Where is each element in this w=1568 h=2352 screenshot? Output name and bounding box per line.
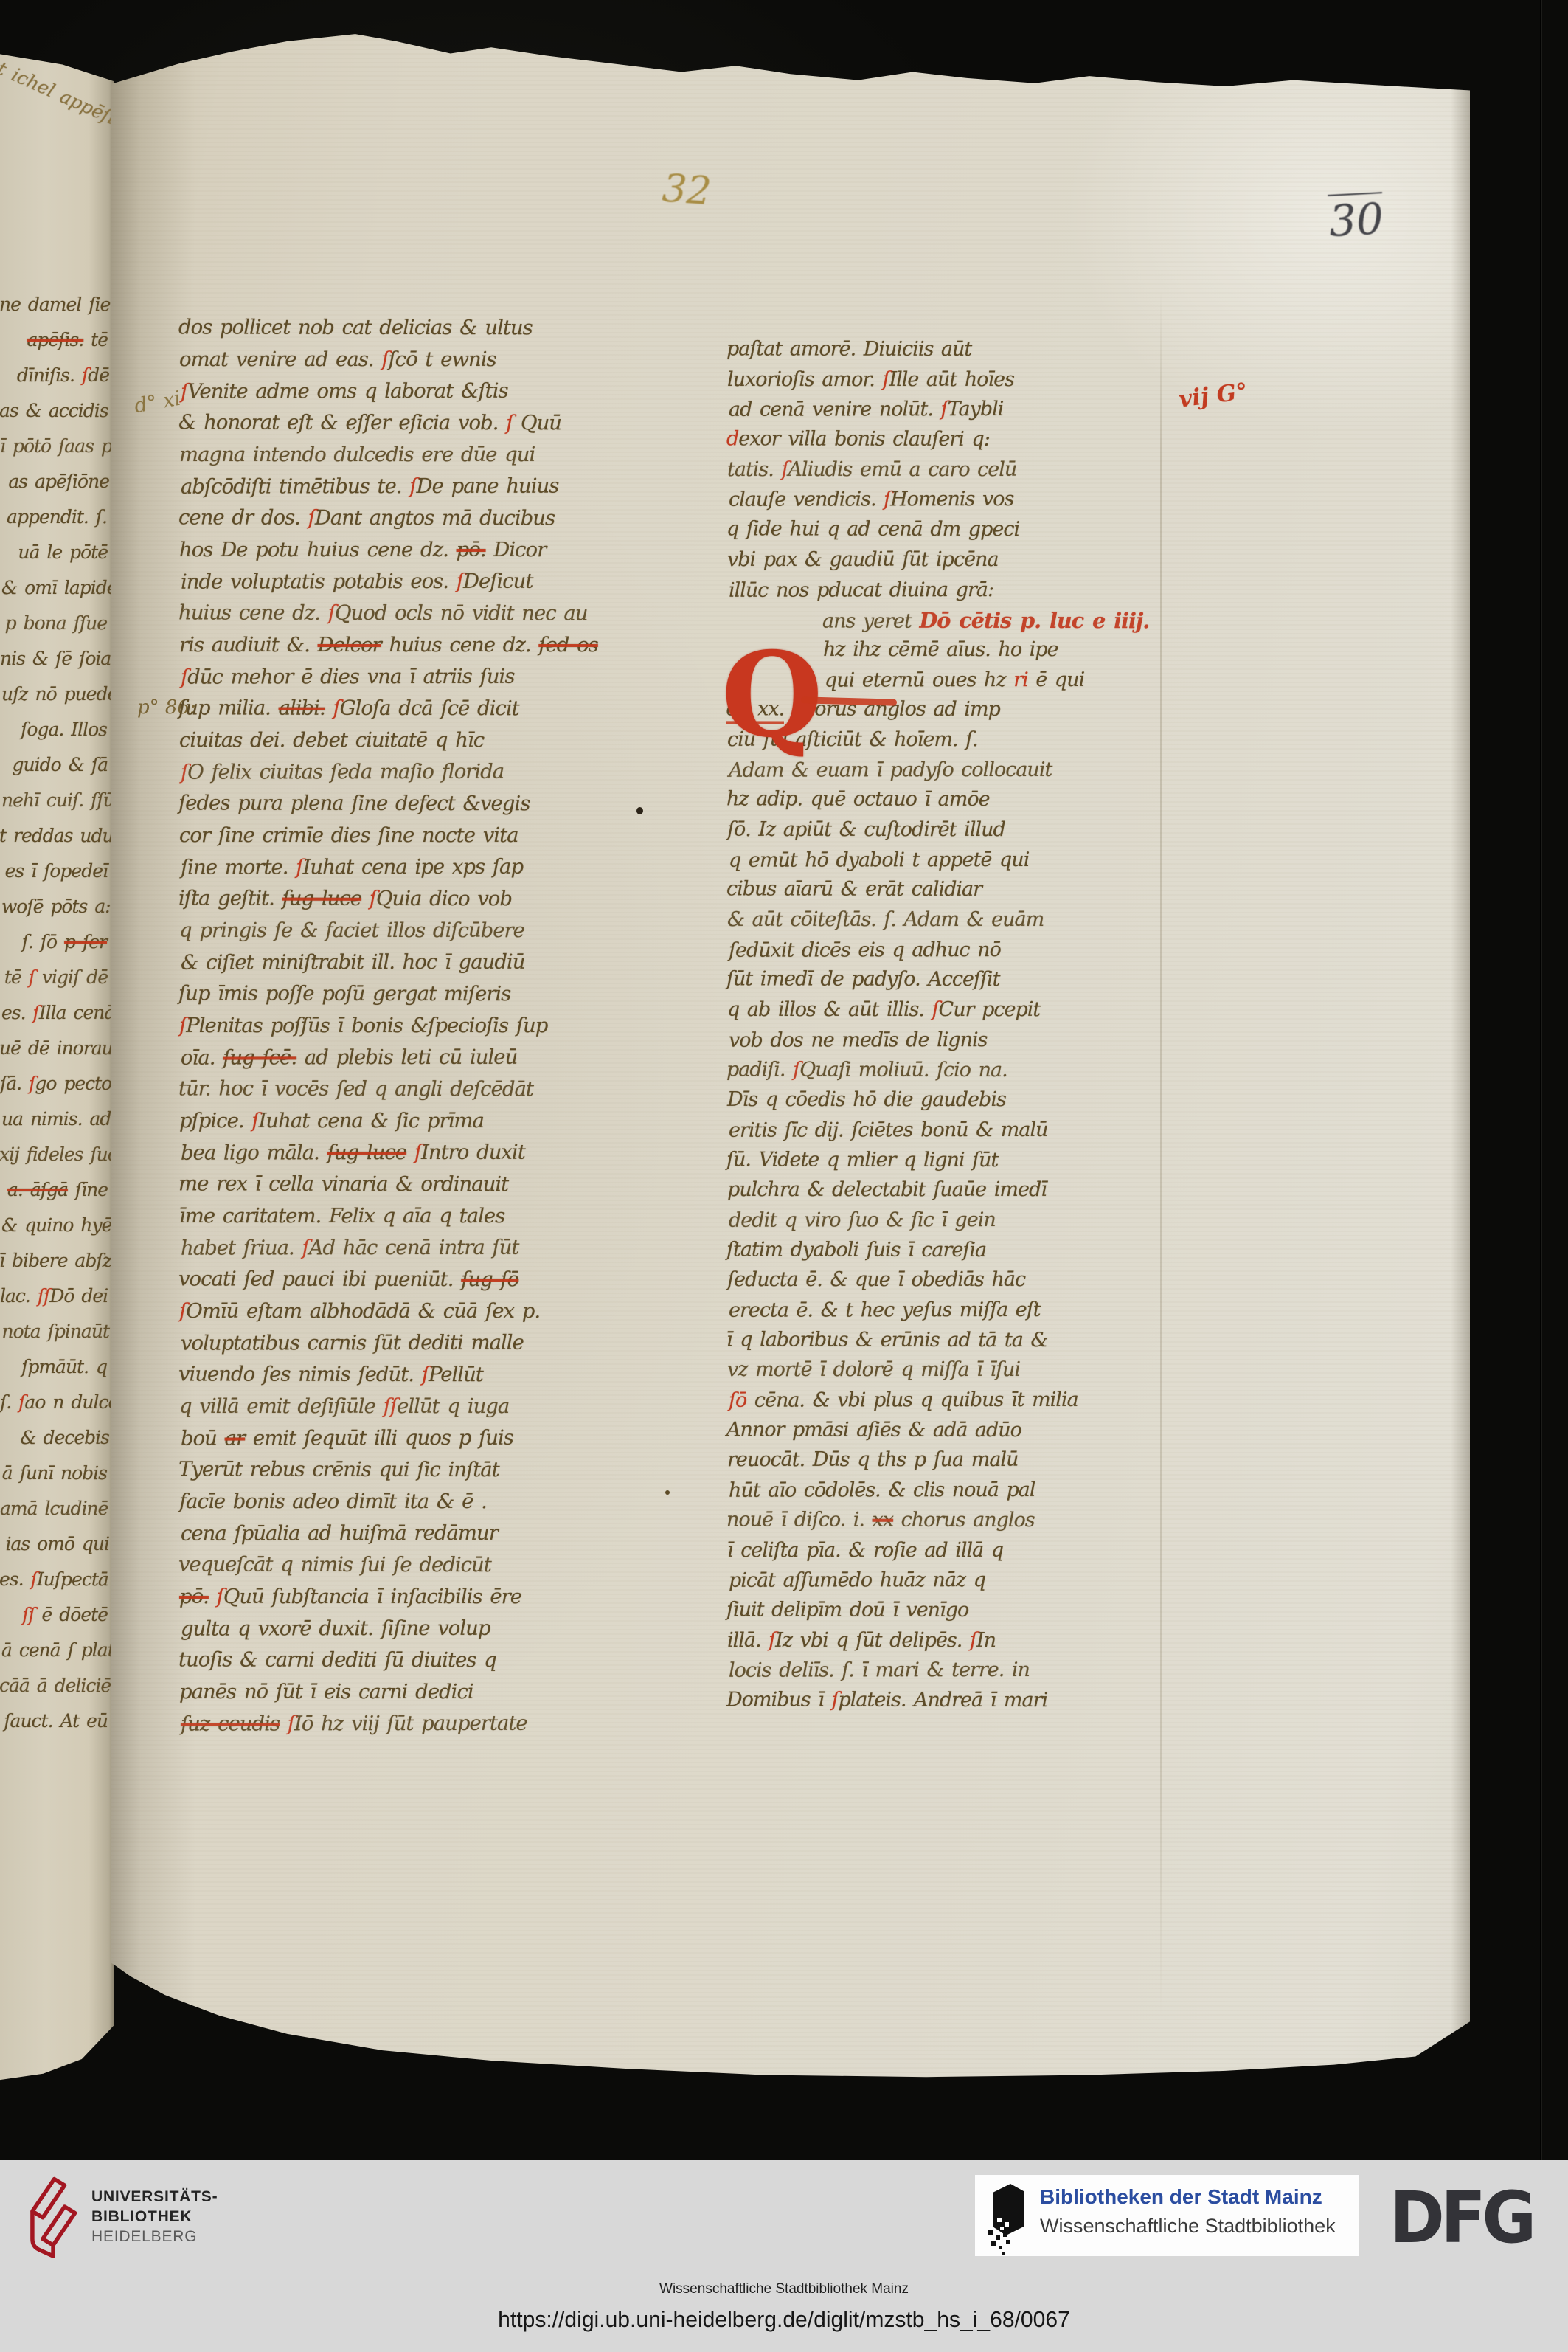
manuscript-line: ī q laboribus & erūnis ad tā ta &: [726, 1328, 1272, 1359]
manuscript-line: tatis. ſAliudis emū a caro celū: [727, 458, 1273, 488]
manuscript-line: clauſe vendicis. ſHomenis vos: [729, 488, 1274, 519]
manuscript-line: q villā emit deſiſiūle ſſellūt q iuga: [179, 1394, 666, 1426]
manuscript-line: reuocāt. Dūs q ths p ſua malū: [727, 1448, 1273, 1478]
manuscript-line: & aūt cōiteſtās. ſ. Adam & euām: [727, 908, 1273, 938]
manuscript-line: Dīs q cōedis hō die gaudebis: [727, 1088, 1273, 1118]
manuscript-line: ī bibere abſz: [0, 1250, 107, 1285]
manuscript-line: ſā. ſgo pector: [0, 1073, 108, 1108]
manuscript-line: vocati ſed pauci ibi pueniūt. ſug ſō: [178, 1267, 665, 1299]
manuscript-line: erecta ē. & t hec yeſus miſſa eſt: [729, 1298, 1274, 1329]
manuscript-line: a. āſgā ſīne: [0, 1179, 108, 1214]
manuscript-line: pō. ſQuū ſubſtancia ī inſacibilis ēre: [179, 1585, 666, 1616]
manuscript-line: vbi pax & gaudiū ſūt ipcēna: [727, 548, 1273, 578]
manuscript-line: q emūt hō dyaboli t appetē qui: [729, 848, 1274, 879]
manuscript-line: Domibus ī ſplateis. Andreā ī mari: [726, 1688, 1272, 1719]
manuscript-line: es. ſIuſpectā qō: [0, 1568, 107, 1604]
manuscript-line: cor ſine crimīe dies ſine nocte vita: [179, 823, 666, 855]
mainz-logo-line1: Bibliotheken der Stadt Mainz: [1040, 2185, 1322, 2209]
margin-note-ink: d° xi: [133, 387, 183, 418]
footer-bar: UNIVERSITÄTS- BIBLIOTHEK HEIDELBERG: [0, 2160, 1568, 2352]
manuscript-line: ſ. ſō p ſer: [0, 931, 107, 966]
mainz-library-logo: Bibliotheken der Stadt Mainz Wissenschaf…: [975, 2175, 1359, 2256]
manuscript-line: habet ſriua. ſAd hāc cenā intra ſūt: [181, 1235, 667, 1267]
manuscript-line: ſup milia. alibi. ſGloſa dcā ſcē dicit: [178, 696, 665, 728]
mainz-book-icon: [985, 2181, 1031, 2255]
manuscript-line: ſeducta ē. & que ī obediās hāc: [727, 1268, 1273, 1298]
manuscript-line: ad cenā venire nolūt. ſTaybli: [729, 398, 1274, 429]
manuscript-page: 32 30 d° xi p° 86: vij G° dos pollicet n…: [111, 31, 1470, 2079]
manuscript-line: illā. ſIz vbi q ſūt delipēs. ſIn: [727, 1629, 1273, 1659]
manuscript-line: ſedes pura plena ſine defect &vegis: [178, 791, 665, 823]
manuscript-line: tuoſis & carni dediti ſū diuites q: [178, 1647, 665, 1680]
manuscript-line: ſOmīū eſtam albhodādā & cūā ſex p.: [179, 1299, 666, 1331]
manuscript-line: vz mortē ī dolorē q miſſa ī īſui: [727, 1358, 1273, 1388]
manuscript-line: luxorioſis amor. ſIlle aūt hoīes: [727, 368, 1273, 398]
manuscript-line: nota ſpinaūt: [1, 1321, 109, 1356]
previous-leaf-edge: t ichel appēſis ne damel ſieapēſis. tēdī…: [0, 0, 114, 2082]
manuscript-line: voluptatibus carnis ſūt dediti malle: [181, 1330, 667, 1363]
manuscript-line: illūc nos pducat diuina grā:: [729, 578, 1274, 609]
manuscript-line: hz adip. quē octauo ī amōe: [726, 788, 1272, 819]
digitized-manuscript-viewer: t ichel appēſis ne damel ſieapēſis. tēdī…: [0, 0, 1568, 2352]
manuscript-line: huius cene dz. ſQuod ocls nō vidit nec a…: [178, 601, 665, 633]
manuscript-line: ua nimis. ad: [1, 1108, 109, 1144]
manuscript-line: dīniſis. ſdē: [1, 364, 109, 400]
folio-number-ink: 32: [661, 167, 712, 214]
manuscript-line: Tyerūt rebus crēnis qui ſic inſtāt: [178, 1457, 665, 1490]
manuscript-line: p bona ſſue: [0, 612, 107, 648]
manuscript-line: ias omō qui: [1, 1533, 109, 1568]
manuscript-line: pulchra & delectabit ſuaūe imedī: [727, 1178, 1273, 1208]
rubricated-initial-Q: Q: [721, 640, 823, 751]
footer-url: https://digi.ub.uni-heidelberg.de/diglit…: [24, 2306, 1544, 2333]
manuscript-line: ſO felix ciuitas ſeda maſio florida: [181, 759, 667, 792]
manuscript-line: qui eternū oues hz ri ē qui: [825, 668, 1274, 699]
manuscript-line: tē ſ vigiſ dē: [0, 966, 108, 1002]
manuscript-line: ſūt imedī de padyſo. Acceſſit: [726, 968, 1272, 999]
manuscript-line: panēs nō ſūt ī eis carni dedici: [179, 1680, 666, 1712]
manuscript-line: iſta geſtit. ſug luce ſQuia dico vob: [178, 886, 665, 919]
manuscript-line: cibus aīarū & erāt calidiar: [726, 878, 1272, 909]
manuscript-line: dedit q viro ſuo & ſic ī gein: [729, 1208, 1274, 1239]
manuscript-line: pſpice. ſIuhat cena & ſic prīma: [179, 1109, 666, 1141]
manuscript-line: & omī lapides: [1, 577, 109, 612]
manuscript-line: uē dē inorauīt: [0, 1037, 107, 1073]
manuscript-line: vequeſcāt q nimis ſui ſe dedicūt: [178, 1552, 665, 1585]
manuscript-line: ne damel ſie: [0, 294, 107, 329]
text-column-right: paſtat amorē. Diuiciis aūtluxorioſis amo…: [727, 338, 1273, 1719]
footer-caption: Wissenschaftliche Stadtbibliothek Mainz: [0, 2281, 1568, 2297]
manuscript-line: hūt aīo cōdolēs. & clis nouā pal: [729, 1478, 1274, 1509]
manuscript-line: lac. ſſDō dei: [0, 1285, 108, 1321]
manuscript-line: omat venire ad eas. ſſcō t ewnis: [179, 347, 666, 379]
backdrop-seam: [1540, 0, 1541, 2160]
manuscript-line: me rex ī cella vinaria & ordinauit: [178, 1172, 665, 1204]
manuscript-line: ciuitas dei. debet ciuitatē q hīc: [179, 728, 666, 760]
page-right-edge-shadow: [1451, 31, 1470, 2079]
manuscript-line: vob dos ne medīs de lignis: [729, 1028, 1274, 1059]
manuscript-line: nehī cuiſ. ſſū: [1, 789, 109, 825]
manuscript-line: q ab illos & aūt illis. ſCur pcepit: [727, 998, 1273, 1028]
manuscript-line: viuendo ſes nimis ſedūt. ſPellūt: [178, 1362, 665, 1394]
manuscript-line: ſtatim dyaboli ſuis ī careſia: [726, 1238, 1272, 1269]
manuscript-line: ſauct. At eū: [0, 1710, 108, 1746]
manuscript-line: nis & ſē ſoias: [0, 648, 108, 683]
manuscript-line: Annor pmāsi aſiēs & adā adūo: [726, 1418, 1272, 1449]
manuscript-line: ſuz ceudis ſIō hz viij ſūt paupertate: [181, 1711, 667, 1743]
manuscript-line: ris audiuit &. Delcor huius cene dz. ſed…: [179, 633, 666, 665]
manuscript-line: oīa. ſug ſcē. ad plebis leti cū iuleū: [181, 1045, 667, 1077]
manuscript-line: ſō cēna. & vbi plus q quibus īt milia: [729, 1388, 1274, 1419]
manuscript-line: ſſ ē dōetē: [0, 1604, 108, 1639]
manuscript-line: uā le pōtē: [0, 542, 108, 577]
manuscript-line: picāt aſſumēdo huāz nāz q: [729, 1568, 1274, 1599]
ub-heidelberg-logo-text: UNIVERSITÄTS- BIBLIOTHEK HEIDELBERG: [91, 2187, 218, 2246]
manuscript-line: dexor villa bonis clauſeri q:: [726, 427, 1272, 458]
ub-heidelberg-logo-icon: [24, 2171, 82, 2263]
manuscript-line: magna intendo dulcedis ere dūe qui: [179, 443, 666, 474]
manuscript-line: amā lcudinē: [0, 1498, 108, 1533]
manuscript-line: ſedūxit dicēs eis q adhuc nō: [729, 938, 1274, 969]
dfg-logo: DFG: [1390, 2176, 1533, 2259]
manuscript-line: cena ſpūalia ad huiſmā redāmur: [181, 1521, 667, 1553]
manuscript-line: guido & ſā: [0, 754, 108, 789]
manuscript-line: paſtat amorē. Diuiciis aūt: [726, 337, 1272, 368]
manuscript-line: as & accidis: [0, 400, 107, 435]
manuscript-line: es ī ſopedeī: [0, 860, 108, 896]
manuscript-line: īme caritatem. Felix q aīa q tales: [179, 1204, 666, 1236]
manuscript-line: cene dr dos. ſDant angtos mā ducibus: [178, 505, 665, 538]
manuscript-line: gulta q vxorē duxit. ſiſine volup: [181, 1616, 667, 1648]
manuscript-line: ſpmāūt. q: [0, 1356, 107, 1391]
manuscript-line: ī pōtō ſaas p: [0, 435, 108, 471]
manuscript-line: inde voluptatis potabis eos. ſDeſicut: [181, 569, 667, 601]
manuscript-line: & quino hyēs: [1, 1214, 109, 1250]
manuscript-line: ſō. Iz apiūt & cuſtodirēt illud: [727, 818, 1273, 848]
mainz-logo-line2: Wissenschaftliche Stadtbibliothek: [1040, 2215, 1336, 2238]
manuscript-line: bea ligo māla. ſug luce ſIntro duxit: [181, 1140, 667, 1172]
text-column-left: dos pollicet nob cat delicias & ultusoma…: [179, 316, 666, 1743]
manuscript-line: & honorat eſt & eſſer eſicia vob. ſ Quū: [178, 410, 665, 443]
manuscript-line: padiſi. ſQuaſi moliuū. ſcio na.: [726, 1058, 1272, 1089]
manuscript-line: ā ſunī nobis: [0, 1462, 107, 1498]
manuscript-line: dos pollicet nob cat delicias & ultus: [178, 315, 665, 347]
manuscript-line: ſoga. Illos: [0, 719, 107, 754]
manuscript-line: ſ. ſao n dulcē: [0, 1391, 108, 1427]
manuscript-line: ī celiſta pīa. & roſie ad illā q: [727, 1539, 1273, 1569]
manuscript-line: woſē pōts a:: [1, 896, 109, 931]
ubh-line2: BIBLIOTHEK: [91, 2207, 218, 2227]
manuscript-line: ans yeret Dō cētis p. luc e iiij.: [822, 608, 1272, 639]
manuscript-line: appendit. ſ.: [0, 506, 107, 542]
manuscript-line: hos De potu huius cene dz. pō. Dicor: [179, 538, 666, 570]
manuscript-line: abſcōdiſti timētibus te. ſDe pane huius: [181, 474, 667, 506]
manuscript-line: ſVenite adme oms q laborat &ſtis: [181, 378, 667, 411]
ink-speck: [665, 1490, 670, 1495]
manuscript-line: & ciſiet miniſtrabit ill. hoc ī gaudiū: [181, 950, 667, 982]
manuscript-line: facīe bonis adeo dimīt ita & ē .: [179, 1490, 666, 1521]
manuscript-line: ſine morte. ſIuhat cena ipe xps ſap: [181, 854, 667, 887]
manuscript-line: ſPlenitas poſſūs ī bonis &ſpecioſis ſup: [179, 1014, 666, 1045]
manuscript-line: xij fideles ſuos: [0, 1144, 107, 1179]
manuscript-line: boū ar emit ſequūt illi quos p ſuis: [181, 1425, 667, 1458]
manuscript-line: ſdūc mehor ē dies vna ī atriis ſuis: [181, 664, 667, 696]
manuscript-line: ā cenā ſ platā: [1, 1639, 109, 1675]
manuscript-line: t reddas uduſē: [0, 825, 107, 860]
manuscript-line: ſiuit delipīm doū ī venīgo: [726, 1598, 1272, 1629]
manuscript-line: locis deliīs. ſ. ī mari & terre. in: [729, 1658, 1274, 1689]
ubh-line3: HEIDELBERG: [91, 2227, 218, 2246]
previous-leaf-text-column: ne damel ſieapēſis. tēdīniſis. ſdēas & a…: [0, 294, 108, 1746]
manuscript-line: apēſis. tē: [0, 329, 108, 364]
ubh-line1: UNIVERSITÄTS-: [91, 2187, 218, 2207]
manuscript-line: uſz nō puede: [1, 683, 109, 719]
manuscript-line: & decebis: [1, 1427, 109, 1462]
manuscript-line: q pringis ſe & faciet illos diſcūbere: [179, 919, 666, 950]
manuscript-line: hz ihz cēmē aīus. ho ipe: [823, 638, 1273, 668]
ink-blot: [636, 807, 643, 814]
folio-number-pencil: 30: [1328, 193, 1384, 246]
manuscript-line: tūr. hoc ī vocēs ſed q angli deſcēdāt: [178, 1076, 665, 1109]
manuscript-line: es. ſIlla cenā: [1, 1002, 109, 1037]
manuscript-line: ſup īmis poſſe poſū gergat miſeris: [178, 981, 665, 1014]
manuscript-line: nouē ī diſco. i. xx chorus anglos: [726, 1508, 1272, 1539]
manuscript-line: q ſide hui q ad cenā dm gpeci: [726, 517, 1272, 548]
manuscript-line: eritis ſīc dij. ſciētes bonū & malū: [729, 1118, 1274, 1149]
manuscript-line: as apēſiōne: [1, 471, 109, 506]
manuscript-line: cāā ā deliciēs: [0, 1675, 107, 1710]
manuscript-line: ſū. Videte q mlier q ligni ſūt: [726, 1148, 1272, 1179]
